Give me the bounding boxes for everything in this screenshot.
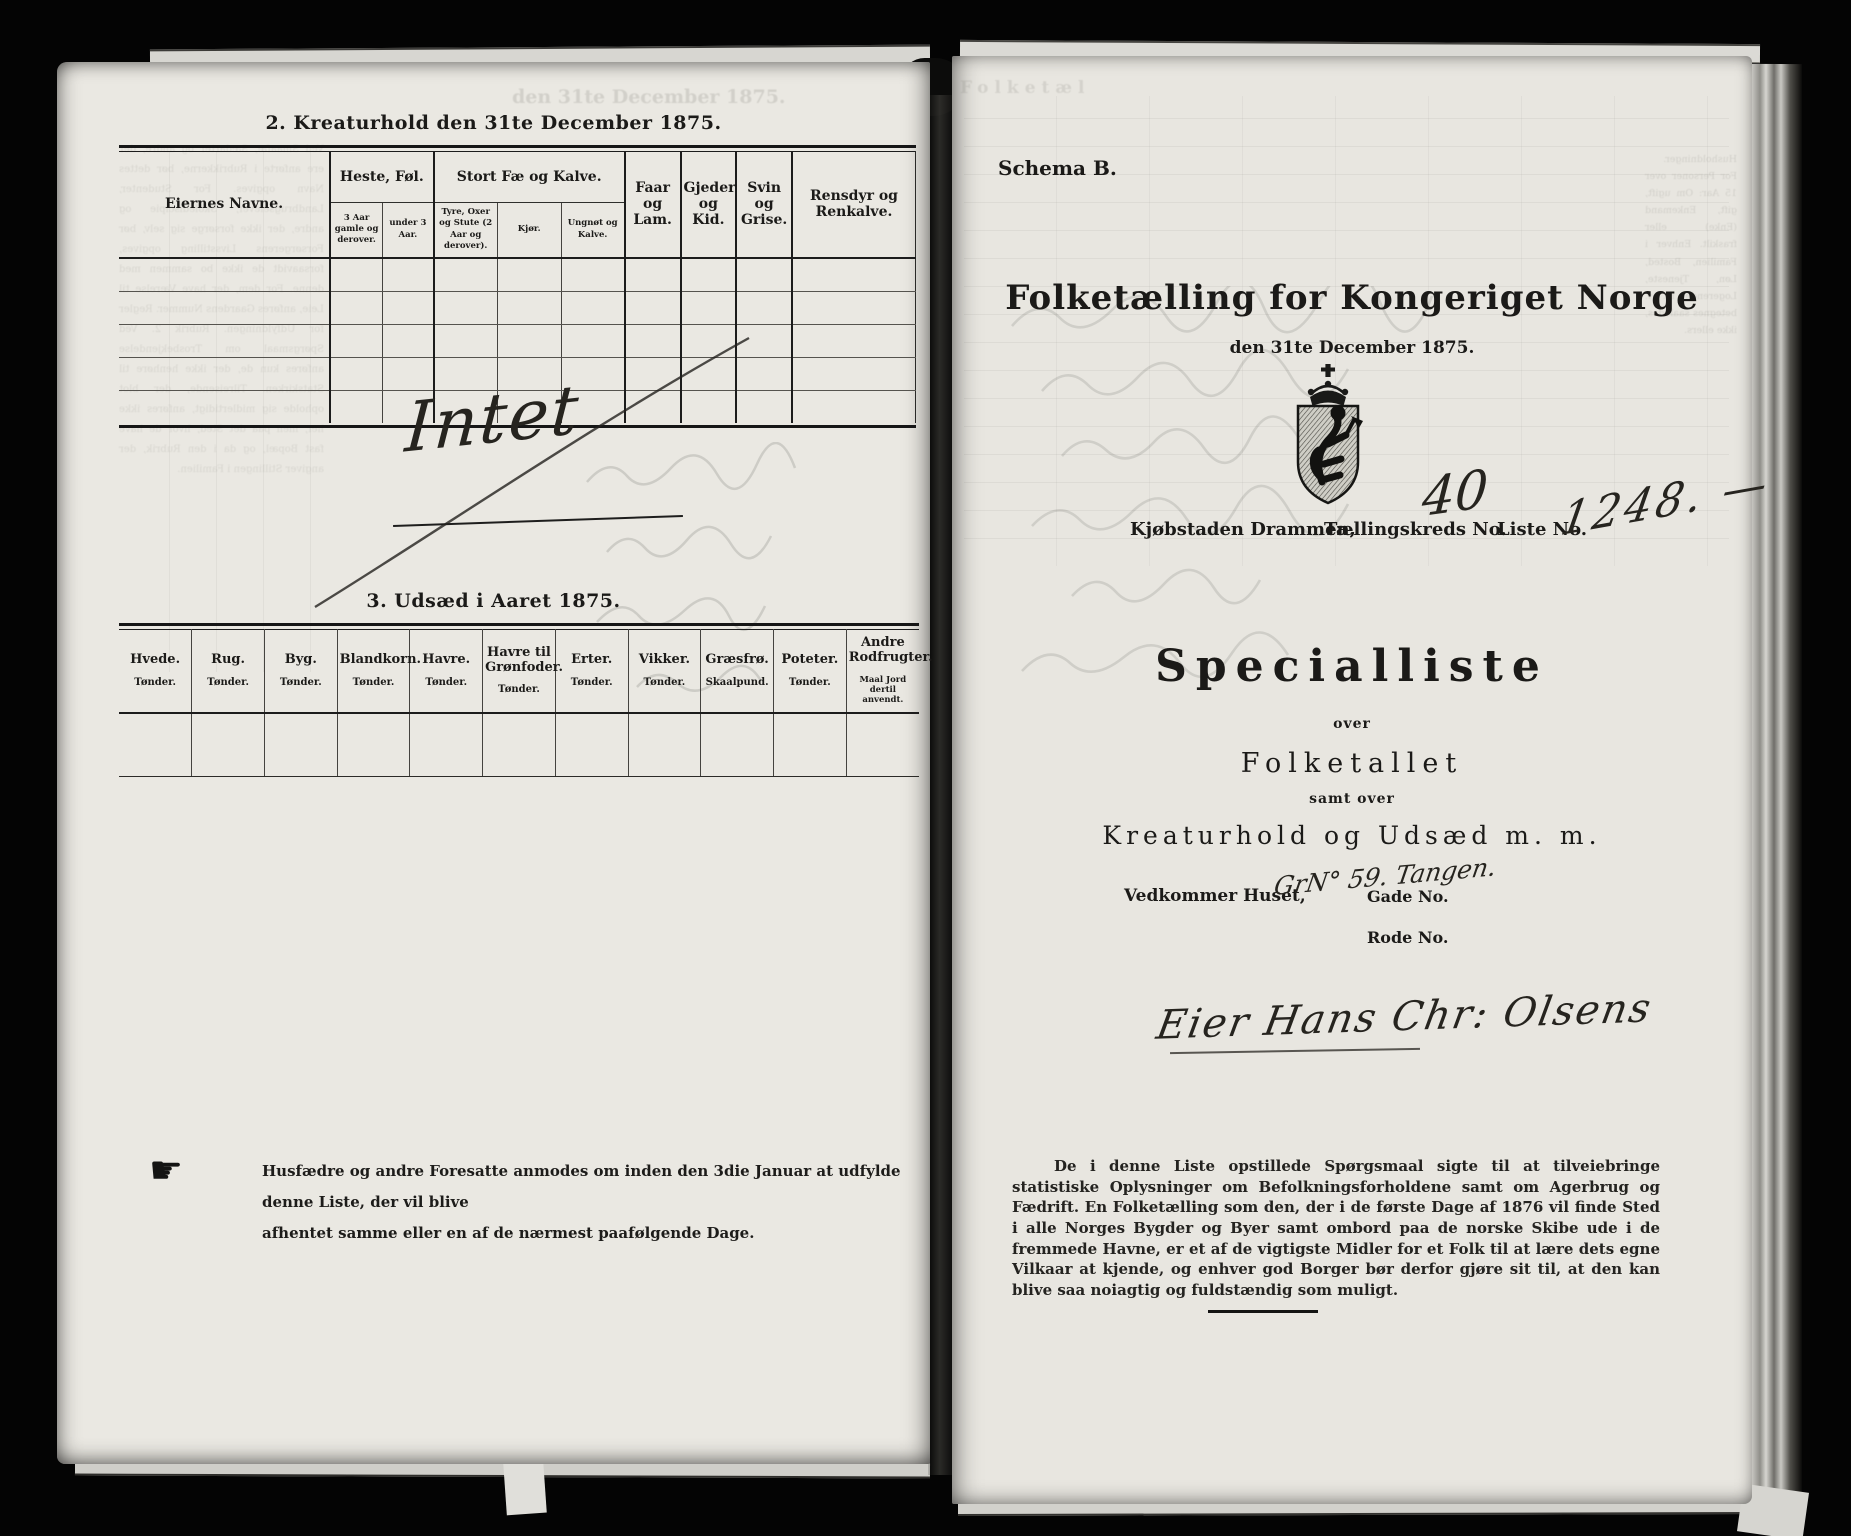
- column-header-reindeer: Rensdyr og Renkalve.: [792, 151, 916, 258]
- seed-table: Hvede. Tønder. Rug. Tønder. Byg. Tønder.…: [119, 629, 919, 777]
- section2-title: 2. Kreaturhold den 31te December 1875.: [57, 112, 930, 134]
- empty-cell: [330, 324, 383, 357]
- empty-cell: [846, 713, 919, 777]
- column-name: Hvede.: [121, 653, 189, 668]
- column-name: Byg.: [267, 653, 335, 668]
- empty-cell: [410, 713, 483, 777]
- column-name: Blandkorn.: [340, 653, 408, 668]
- column-header-havre-gronfoder: Havre til Grønfoder. Tønder.: [483, 629, 556, 713]
- column-name: Græsfrø.: [703, 653, 771, 668]
- handwritten-underline: [393, 515, 683, 527]
- column-header-sheep: Faar og Lam.: [625, 151, 681, 258]
- empty-cell: [434, 324, 498, 357]
- empty-cell: [497, 258, 561, 292]
- column-header-poteter: Poteter. Tønder.: [773, 629, 846, 713]
- column-unit: Tønder.: [776, 677, 844, 688]
- empty-cell: [792, 324, 916, 357]
- column-unit: Skaalpund.: [703, 677, 771, 688]
- column-header-erter: Erter. Tønder.: [555, 629, 628, 713]
- column-unit: Tønder.: [485, 684, 553, 695]
- empty-cell: [330, 291, 383, 324]
- empty-cell: [561, 258, 625, 292]
- empty-cell: [497, 291, 561, 324]
- empty-table-row: [119, 258, 916, 292]
- empty-cell: [434, 291, 498, 324]
- column-unit: Tønder.: [340, 677, 408, 688]
- main-title: Folketælling for Kongeriget Norge: [952, 278, 1752, 318]
- rode-number-label: Rode No.: [1367, 928, 1449, 947]
- column-header-hvede: Hvede. Tønder.: [119, 629, 192, 713]
- header-row-groups: Eiernes Navne. Heste, Føl. Stort Fæ og K…: [119, 151, 916, 202]
- empty-cell: [192, 713, 265, 777]
- signature-underline: [1170, 1048, 1420, 1054]
- right-page: Folketæl Husholdninger. For Personer ove…: [952, 56, 1752, 1504]
- empty-cell: [736, 291, 792, 324]
- left-page: den 31te December 1875. Ved Smaafæ, Sæda…: [57, 62, 930, 1464]
- empty-cell: [383, 291, 434, 324]
- street-number-label: Gade No.: [1367, 887, 1449, 906]
- section3-title: 3. Udsæd i Aaret 1875.: [57, 590, 930, 612]
- empty-cell: [561, 291, 625, 324]
- empty-cell: [625, 357, 681, 390]
- special-list-title: Specialliste: [952, 641, 1752, 692]
- bleedthrough-text: Folketæl: [960, 78, 1090, 98]
- closing-rule: [1208, 1310, 1318, 1313]
- column-name: Poteter.: [776, 653, 844, 668]
- empty-cell: [383, 357, 434, 390]
- column-header-byg: Byg. Tønder.: [264, 629, 337, 713]
- empty-cell: [330, 357, 383, 390]
- empty-cell: [625, 390, 681, 423]
- footnote: Husfædre og andre Foresatte anmodes om i…: [262, 1156, 912, 1248]
- handwritten-district-number: 40: [1420, 459, 1490, 529]
- column-header-havre: Havre. Tønder.: [410, 629, 483, 713]
- empty-cell: [681, 258, 737, 292]
- subcolumn-horses-young: under 3 Aar.: [383, 202, 434, 258]
- page-tab-bottom-left: [503, 1461, 547, 1516]
- empty-cell: [119, 357, 330, 390]
- empty-cell: [330, 390, 383, 423]
- empty-cell: [383, 324, 434, 357]
- column-header-vikker: Vikker. Tønder.: [628, 629, 701, 713]
- empty-cell: [628, 713, 701, 777]
- column-unit: Tønder.: [121, 677, 189, 688]
- empty-cell: [736, 390, 792, 423]
- empty-table-row: [119, 713, 919, 777]
- handwritten-list-number: 1248. —: [1557, 456, 1775, 546]
- empty-cell: [792, 390, 916, 423]
- page-stack-edge-right: [1752, 64, 1802, 1508]
- empty-cell: [736, 324, 792, 357]
- bleedthrough-text: den 31te December 1875.: [512, 86, 786, 108]
- footnote-line2: afhentet samme eller en af de nærmest pa…: [262, 1218, 912, 1249]
- empty-cell: [625, 291, 681, 324]
- population-word: Folketallet: [952, 748, 1752, 779]
- column-unit: Maal Jord dertil anvendt.: [849, 675, 917, 706]
- archive-book-scan: den 31te December 1875. Ved Smaafæ, Sæda…: [0, 0, 1851, 1536]
- empty-cell: [119, 258, 330, 292]
- empty-cell: [383, 258, 434, 292]
- empty-cell: [681, 390, 737, 423]
- empty-cell: [681, 357, 737, 390]
- explanatory-paragraph: De i denne Liste opstillede Spørgsmaal s…: [1012, 1156, 1660, 1301]
- empty-cell: [119, 291, 330, 324]
- empty-table-row: [119, 291, 916, 324]
- district-label: Tællingskreds No.: [1324, 519, 1507, 540]
- column-header-blandkorn: Blandkorn. Tønder.: [337, 629, 410, 713]
- subcolumn-calves: Ungnøt og Kalve.: [561, 202, 625, 258]
- handwritten-signature: Eier Hans Chr: Olsens: [1153, 985, 1656, 1049]
- column-unit: Tønder.: [267, 677, 335, 688]
- empty-cell: [330, 258, 383, 292]
- empty-cell: [736, 357, 792, 390]
- column-unit: Tønder.: [631, 677, 699, 688]
- empty-cell: [264, 713, 337, 777]
- header-row: Hvede. Tønder. Rug. Tønder. Byg. Tønder.…: [119, 629, 919, 713]
- column-name: Havre til Grønfoder.: [485, 646, 553, 676]
- over-word: over: [952, 716, 1752, 732]
- schema-label: Schema B.: [998, 156, 1117, 180]
- book-gutter: [928, 95, 954, 1475]
- empty-cell: [337, 713, 410, 777]
- column-name: Vikker.: [631, 653, 699, 668]
- column-unit: Tønder.: [558, 677, 626, 688]
- subcolumn-horses-adult: 3 Aar gamle og derover.: [330, 202, 383, 258]
- empty-cell: [119, 713, 192, 777]
- norway-coat-of-arms-icon: [1282, 356, 1374, 508]
- empty-cell: [119, 324, 330, 357]
- column-name: Andre Rodfrugter.: [849, 636, 917, 666]
- empty-cell: [561, 324, 625, 357]
- empty-cell: [773, 713, 846, 777]
- samt-over-word: samt over: [952, 791, 1752, 807]
- city-label: Kjøbstaden Drammen,: [1130, 519, 1356, 540]
- empty-cell: [555, 713, 628, 777]
- column-header-goats: Gjeder og Kid.: [681, 151, 737, 258]
- seed-table-wrap: Hvede. Tønder. Rug. Tønder. Byg. Tønder.…: [119, 623, 919, 777]
- empty-cell: [434, 258, 498, 292]
- column-name: Erter.: [558, 653, 626, 668]
- manicule-icon: ☛: [149, 1148, 183, 1192]
- column-header-pigs: Svin og Grise.: [736, 151, 792, 258]
- column-header-graesfro: Græsfrø. Skaalpund.: [701, 629, 774, 713]
- column-group-cattle: Stort Fæ og Kalve.: [434, 151, 625, 202]
- subcolumn-cows: Kjør.: [497, 202, 561, 258]
- empty-cell: [119, 390, 330, 423]
- column-header-owner: Eiernes Navne.: [119, 151, 330, 258]
- empty-cell: [625, 258, 681, 292]
- empty-cell: [483, 713, 556, 777]
- livestock-seed-line: Kreaturhold og Udsæd m. m.: [952, 821, 1752, 850]
- empty-table-row: [119, 324, 916, 357]
- column-header-rodfrugter: Andre Rodfrugter. Maal Jord dertil anven…: [846, 629, 919, 713]
- empty-cell: [681, 291, 737, 324]
- empty-cell: [736, 258, 792, 292]
- empty-cell: [792, 258, 916, 292]
- empty-cell: [625, 324, 681, 357]
- column-header-rug: Rug. Tønder.: [192, 629, 265, 713]
- column-name: Havre.: [412, 653, 480, 668]
- empty-cell: [681, 324, 737, 357]
- column-unit: Tønder.: [194, 677, 262, 688]
- footnote-line1: Husfædre og andre Foresatte anmodes om i…: [262, 1156, 912, 1218]
- empty-cell: [792, 357, 916, 390]
- subcolumn-bulls-oxen: Tyre, Oxer og Stute (2 Aar og derover).: [434, 202, 498, 258]
- main-subtitle: den 31te December 1875.: [952, 338, 1752, 358]
- column-unit: Tønder.: [412, 677, 480, 688]
- empty-cell: [792, 291, 916, 324]
- column-name: Rug.: [194, 653, 262, 668]
- empty-cell: [701, 713, 774, 777]
- column-group-horses: Heste, Føl.: [330, 151, 434, 202]
- empty-cell: [497, 324, 561, 357]
